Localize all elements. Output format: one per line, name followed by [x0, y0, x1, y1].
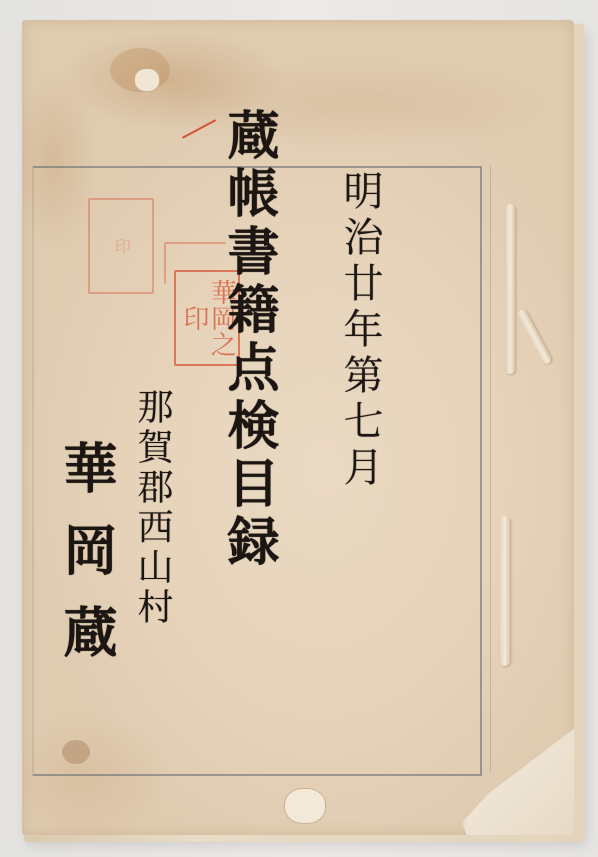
binding-string-bottom [500, 516, 510, 666]
paper-damage-spot [134, 68, 160, 92]
book-cover: 印 華岡之印 蔵帳書籍点検目録 明治廿年第七月 那賀郡西山村 華岡蔵 [22, 20, 574, 835]
paper-damage-spot [284, 788, 326, 824]
owner-inscription: 華岡蔵 [60, 440, 114, 686]
date-inscription: 明治廿年第七月 [340, 170, 380, 492]
binding-string-top-loose [517, 308, 553, 365]
red-ink-mark [182, 119, 216, 139]
border-inner-line [490, 166, 491, 772]
place-inscription: 那賀郡西山村 [134, 388, 170, 628]
binding-string-top [506, 204, 515, 374]
cover-title: 蔵帳書籍点検目録 [222, 108, 274, 572]
faint-seal-stamp: 印 [88, 198, 154, 294]
